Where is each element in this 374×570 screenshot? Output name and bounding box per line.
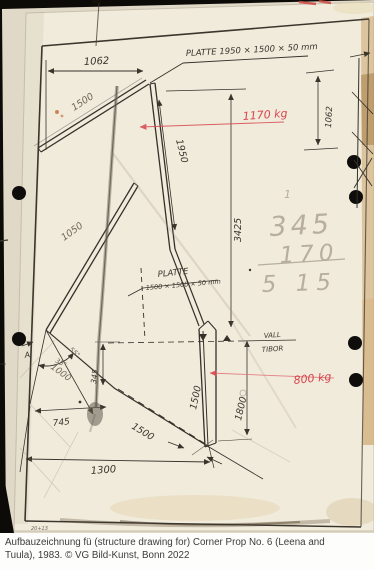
dim-3425-label: 3425 (233, 218, 244, 242)
dim-745-label: 745 (52, 417, 70, 429)
datum-vall-label: VALL (264, 331, 282, 340)
screenshot-root: PLATTE 1950 × 1500 × 50 mm 1062 1500 195… (0, 0, 374, 570)
drawing-canvas: PLATTE 1950 × 1500 × 50 mm 1062 1500 195… (0, 0, 374, 533)
caption-line-1: Aufbauzeichnung fü (structure drawing fo… (5, 537, 370, 550)
caption-line-2: Tuula), 1983. © VG Bild-Kunst, Bonn 2022 (5, 550, 370, 563)
dim-1062-right-label: 1062 (324, 106, 335, 128)
top-edge-mark (92, 0, 101, 4)
calc-sum-a: 345 (269, 209, 334, 243)
calc-tick: 1 (284, 188, 291, 201)
dim-345-label: 345 (89, 369, 100, 385)
dim-1300-label: 1300 (90, 464, 116, 477)
corner-mark: 20+13 (31, 526, 48, 532)
calc-sum-b: 170 (279, 240, 339, 269)
datum-tibor-label: TIBOR (262, 345, 284, 354)
caption: Aufbauzeichnung fü (structure drawing fo… (0, 533, 374, 570)
calc-result: 5 15 (261, 269, 337, 298)
dim-1062-top-label: 1062 (84, 56, 110, 68)
scanned-drawing-photo: PLATTE 1950 × 1500 × 50 mm 1062 1500 195… (0, 0, 374, 533)
